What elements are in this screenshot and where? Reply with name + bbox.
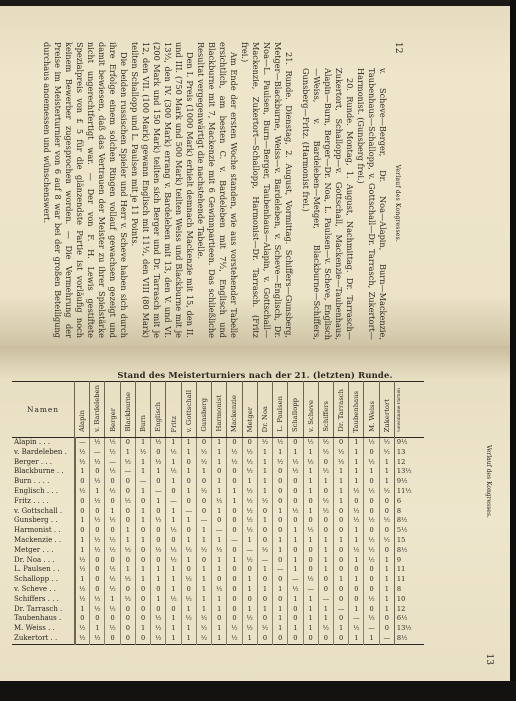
result-cell: 0: [75, 507, 90, 517]
result-cell: 1: [135, 467, 150, 477]
result-cell: 1: [212, 487, 227, 497]
table-row: Schiffers . . .½½1½01½½11000011—00½110: [12, 595, 424, 605]
result-cell: ½: [227, 634, 242, 644]
result-cell: —: [135, 477, 150, 487]
result-cell: —: [196, 516, 211, 526]
result-cell: 1: [257, 565, 272, 575]
result-cell: ½: [242, 556, 257, 566]
result-cell: 0: [90, 507, 105, 517]
result-cell: 0: [333, 516, 348, 526]
result-cell: 1: [273, 624, 288, 634]
result-cell: 0: [75, 497, 90, 507]
result-cell: ½: [166, 448, 181, 458]
result-cell: 0: [333, 614, 348, 624]
result-cell: 0: [257, 536, 272, 546]
result-cell: 1: [379, 585, 394, 595]
result-cell: 0: [181, 585, 196, 595]
column-header-label: Dr. Noa: [261, 403, 269, 435]
total-score: 11: [394, 575, 424, 585]
result-cell: 0: [379, 624, 394, 634]
result-cell: 0: [120, 585, 135, 595]
result-cell: 0: [273, 526, 288, 536]
table-row: Taubenhaus .00000½1½½00½010110—½06½: [12, 614, 424, 624]
result-cell: 1: [135, 487, 150, 497]
result-cell: ½: [90, 546, 105, 556]
result-cell: ½: [318, 624, 333, 634]
result-cell: 1: [349, 438, 364, 448]
result-cell: 0: [105, 634, 120, 644]
result-cell: 0: [257, 507, 272, 517]
result-cell: 1: [196, 575, 211, 585]
result-cell: 1: [273, 605, 288, 615]
result-cell: 1: [166, 477, 181, 487]
result-cell: 0: [227, 565, 242, 575]
result-cell: ½: [105, 536, 120, 546]
result-cell: ½: [90, 605, 105, 615]
result-cell: 0: [257, 614, 272, 624]
result-cell: 0: [135, 605, 150, 615]
result-cell: 0: [90, 467, 105, 477]
result-cell: 0: [257, 595, 272, 605]
result-cell: 0: [333, 526, 348, 536]
player-name: Metger . . .: [12, 546, 75, 556]
result-cell: 0: [333, 438, 348, 448]
result-cell: 1: [303, 467, 318, 477]
result-cell: 1: [364, 467, 379, 477]
result-cell: ½: [166, 595, 181, 605]
result-cell: —: [364, 624, 379, 634]
result-cell: 1: [303, 448, 318, 458]
result-cell: ½: [212, 546, 227, 556]
result-cell: 1: [212, 536, 227, 546]
result-cell: 0: [196, 497, 211, 507]
table-row: Metger . . .1½½½0½½½½½0—½10010½½08½: [12, 546, 424, 556]
result-cell: 0: [120, 634, 135, 644]
result-cell: 0: [120, 624, 135, 634]
table-row: Englisch . . .½1½01—01½11½100101½½½11½: [12, 487, 424, 497]
result-cell: 0: [318, 585, 333, 595]
result-cell: 0: [318, 487, 333, 497]
result-cell: 0: [364, 585, 379, 595]
result-cell: ½: [349, 507, 364, 517]
column-header: Alapin: [75, 382, 90, 438]
column-header-label: Gunsberg: [200, 395, 208, 435]
result-cell: 0: [212, 516, 227, 526]
result-cell: 1: [227, 497, 242, 507]
column-header: L. Paulsen: [273, 382, 288, 438]
column-header: v. Gottschall: [181, 382, 196, 438]
page-12-header: 12 Verlauf des Kongresses.: [388, 42, 408, 342]
total-score: 11: [394, 565, 424, 575]
table-row: v. Bardeleben .½—½1½0½1½1½½1111½½10½13: [12, 448, 424, 458]
result-cell: 0: [273, 595, 288, 605]
column-header: Schallopp: [288, 382, 303, 438]
result-cell: —: [105, 458, 120, 468]
player-name: Burn . . . .: [12, 477, 75, 487]
result-cell: 0: [333, 507, 348, 517]
result-cell: 0: [257, 526, 272, 536]
result-cell: ½: [166, 467, 181, 477]
column-header: Fritz: [166, 382, 181, 438]
result-cell: 1: [333, 575, 348, 585]
result-cell: 0: [288, 546, 303, 556]
result-cell: ½: [196, 448, 211, 458]
result-cell: 1: [349, 536, 364, 546]
result-cell: 1: [75, 575, 90, 585]
result-cell: 0: [227, 614, 242, 624]
result-cell: 1: [288, 448, 303, 458]
result-cell: 1: [75, 536, 90, 546]
column-header-label: v. Gottschall: [185, 387, 193, 435]
column-header: Gunsberg: [196, 382, 211, 438]
result-cell: 1: [257, 458, 272, 468]
result-cell: 1: [333, 487, 348, 497]
result-cell: ½: [75, 634, 90, 644]
column-header-label: Blackburne: [124, 389, 132, 435]
column-header: Blackburne: [120, 382, 135, 438]
total-score: 9½: [394, 438, 424, 448]
result-cell: ½: [303, 526, 318, 536]
result-cell: 1: [303, 536, 318, 546]
result-cell: ½: [105, 624, 120, 634]
result-cell: 1: [257, 487, 272, 497]
result-cell: 0: [120, 507, 135, 517]
column-header-total: Gewonnene Partien: [394, 382, 424, 438]
result-cell: 1: [333, 624, 348, 634]
result-cell: 1: [379, 477, 394, 487]
scan-border: [0, 681, 516, 701]
result-cell: 0: [227, 526, 242, 536]
result-cell: 1: [75, 467, 90, 477]
result-cell: ½: [90, 438, 105, 448]
result-cell: ½: [105, 448, 120, 458]
standings-table: Namen Alapinv. BardelebenBergerBlackburn…: [12, 381, 424, 645]
column-header-label: Mackenzie: [230, 392, 238, 435]
result-cell: 1: [303, 624, 318, 634]
result-cell: 1: [318, 614, 333, 624]
result-cell: 0: [212, 614, 227, 624]
table-row: Fritz . . . .0½0½01—00½1½½000½10006: [12, 497, 424, 507]
result-cell: 0: [318, 634, 333, 644]
result-cell: 1: [242, 585, 257, 595]
result-cell: ½: [105, 585, 120, 595]
result-cell: —: [303, 585, 318, 595]
result-cell: 0: [135, 585, 150, 595]
result-cell: 1: [212, 458, 227, 468]
result-cell: ½: [257, 624, 272, 634]
running-head: Verlauf des Kongresses.: [486, 445, 493, 518]
result-cell: ½: [242, 497, 257, 507]
column-header: M. Weiss: [364, 382, 379, 438]
result-cell: 0: [120, 516, 135, 526]
result-cell: 1: [303, 614, 318, 624]
player-name: Dr. Tarrasch .: [12, 605, 75, 615]
result-cell: ½: [120, 575, 135, 585]
result-cell: 0: [227, 595, 242, 605]
result-cell: ½: [75, 487, 90, 497]
result-cell: 0: [227, 516, 242, 526]
result-cell: ½: [151, 516, 166, 526]
table-header-row: Namen Alapinv. BardelebenBergerBlackburn…: [12, 382, 424, 438]
result-cell: 1: [257, 448, 272, 458]
result-cell: ½: [196, 614, 211, 624]
result-cell: —: [349, 614, 364, 624]
table-row: Dr. Noa . . .½00000½1011½—010101½19: [12, 556, 424, 566]
column-header: Dr. Tarrasch: [333, 382, 348, 438]
result-cell: 0: [364, 448, 379, 458]
result-cell: 1: [181, 487, 196, 497]
result-cell: 1: [333, 477, 348, 487]
column-header-label: Metger: [246, 404, 254, 435]
result-cell: ½: [273, 458, 288, 468]
result-cell: ½: [379, 536, 394, 546]
result-cell: 1: [166, 516, 181, 526]
total-score: 6½: [394, 614, 424, 624]
result-cell: 1: [349, 526, 364, 536]
table-row: L. Paulsen . .½0½1111011001—101000111: [12, 565, 424, 575]
player-name: Blackburne . .: [12, 467, 75, 477]
result-cell: ½: [90, 634, 105, 644]
result-cell: 0: [135, 546, 150, 556]
total-score: 8½: [394, 634, 424, 644]
result-cell: 1: [196, 605, 211, 615]
result-cell: ½: [105, 467, 120, 477]
result-cell: 1: [349, 458, 364, 468]
result-cell: 0: [135, 497, 150, 507]
result-cell: 1: [120, 565, 135, 575]
result-cell: ½: [364, 516, 379, 526]
result-cell: 0: [333, 565, 348, 575]
column-header: Metger: [242, 382, 257, 438]
result-cell: 1: [120, 536, 135, 546]
total-score: 8: [394, 507, 424, 517]
player-name: v. Bardeleben .: [12, 448, 75, 458]
result-cell: ½: [227, 624, 242, 634]
result-cell: 0: [364, 605, 379, 615]
result-cell: ½: [318, 497, 333, 507]
result-cell: 0: [196, 477, 211, 487]
result-cell: 0: [257, 575, 272, 585]
result-cell: 0: [227, 585, 242, 595]
book-spread: 12 Verlauf des Kongresses. v. Scheve—Ber…: [0, 0, 516, 701]
result-cell: 1: [273, 448, 288, 458]
result-cell: 1: [212, 605, 227, 615]
result-cell: 0: [105, 526, 120, 536]
result-cell: 1: [288, 595, 303, 605]
result-cell: ½: [364, 614, 379, 624]
result-cell: 0: [288, 614, 303, 624]
table-row: Schallopp . .10½½111½100100—½0110111: [12, 575, 424, 585]
result-cell: 1: [135, 438, 150, 448]
result-cell: ½: [135, 448, 150, 458]
result-cell: 0: [303, 565, 318, 575]
result-cell: —: [166, 497, 181, 507]
result-cell: ½: [166, 546, 181, 556]
result-cell: 1: [75, 516, 90, 526]
result-cell: 0: [318, 458, 333, 468]
result-cell: 0: [151, 556, 166, 566]
result-cell: 0: [273, 467, 288, 477]
player-name: v. Gottschall .: [12, 507, 75, 517]
result-cell: ½: [151, 458, 166, 468]
result-cell: 0: [181, 477, 196, 487]
page-number: 12: [393, 42, 403, 53]
player-name: M. Weiss . .: [12, 624, 75, 634]
result-cell: 1: [120, 448, 135, 458]
result-cell: 0: [90, 575, 105, 585]
result-cell: 0: [364, 565, 379, 575]
result-cell: 1: [75, 546, 90, 556]
total-score: 10: [394, 595, 424, 605]
result-cell: ½: [257, 438, 272, 448]
result-cell: 1: [75, 605, 90, 615]
result-cell: 0: [273, 575, 288, 585]
result-cell: 1: [166, 634, 181, 644]
result-cell: 0: [288, 634, 303, 644]
page-12-body-part1: v. Scheve—Berger, Dr. Noa—Alapin, Burn—M…: [294, 68, 388, 340]
result-cell: 1: [349, 448, 364, 458]
result-cell: 1: [273, 585, 288, 595]
result-cell: ½: [196, 634, 211, 644]
result-cell: 1: [90, 487, 105, 497]
table-row: Berger . . .½½—½1½10½1½½1½½½0½1½112: [12, 458, 424, 468]
result-cell: 1: [288, 536, 303, 546]
result-cell: 0: [212, 575, 227, 585]
result-cell: ½: [151, 624, 166, 634]
player-name: Berger . . .: [12, 458, 75, 468]
result-cell: 1: [196, 585, 211, 595]
table-row: Zukertort . .½½000½11½1½100000011—8½: [12, 634, 424, 644]
result-cell: —: [181, 507, 196, 517]
result-cell: ½: [379, 516, 394, 526]
result-cell: 0: [120, 614, 135, 624]
result-cell: 1: [379, 565, 394, 575]
result-cell: 1: [273, 536, 288, 546]
result-cell: 1: [379, 458, 394, 468]
result-cell: ½: [242, 467, 257, 477]
column-header: Taubenhaus: [349, 382, 364, 438]
result-cell: 1: [212, 634, 227, 644]
result-cell: 1: [349, 605, 364, 615]
result-cell: ½: [303, 575, 318, 585]
result-cell: 0: [105, 556, 120, 566]
result-cell: 0: [227, 507, 242, 517]
column-header: Harmonist: [212, 382, 227, 438]
result-cell: 1: [212, 477, 227, 487]
result-cell: 0: [364, 526, 379, 536]
result-cell: 1: [288, 556, 303, 566]
result-cell: 1: [303, 605, 318, 615]
result-cell: 0: [303, 546, 318, 556]
result-cell: 1: [257, 585, 272, 595]
result-cell: 0: [181, 565, 196, 575]
result-cell: 1: [181, 624, 196, 634]
result-cell: 1: [318, 605, 333, 615]
result-cell: 1: [379, 595, 394, 605]
result-cell: 1: [166, 614, 181, 624]
result-cell: ½: [349, 487, 364, 497]
result-cell: —: [151, 487, 166, 497]
result-cell: ½: [364, 556, 379, 566]
running-head: Verlauf des Kongresses.: [395, 165, 402, 242]
column-header: v. Scheve: [303, 382, 318, 438]
result-cell: —: [333, 605, 348, 615]
result-cell: ½: [227, 448, 242, 458]
result-cell: 1: [181, 438, 196, 448]
result-cell: ½: [303, 458, 318, 468]
table-row: Harmonist . .000100½01—0½001½001005½: [12, 526, 424, 536]
result-cell: 0: [151, 507, 166, 517]
result-cell: ½: [151, 546, 166, 556]
total-score: 8½: [394, 516, 424, 526]
column-header: v. Bardeleben: [90, 382, 105, 438]
total-score: 12: [394, 605, 424, 615]
result-cell: 1: [242, 575, 257, 585]
result-cell: 0: [364, 477, 379, 487]
result-cell: ½: [349, 516, 364, 526]
result-cell: 0: [288, 497, 303, 507]
result-cell: ½: [181, 595, 196, 605]
player-name: Dr. Noa . . .: [12, 556, 75, 566]
result-cell: 0: [379, 546, 394, 556]
result-cell: 0: [303, 556, 318, 566]
result-cell: 1: [257, 605, 272, 615]
result-cell: 1: [181, 634, 196, 644]
result-cell: 0: [181, 458, 196, 468]
result-cell: 1: [318, 565, 333, 575]
result-cell: ½: [242, 487, 257, 497]
result-cell: 1: [257, 477, 272, 487]
result-cell: ½: [333, 458, 348, 468]
result-cell: 1: [242, 605, 257, 615]
result-cell: —: [242, 546, 257, 556]
result-cell: 1: [318, 556, 333, 566]
result-cell: ½: [75, 585, 90, 595]
result-cell: 0: [242, 565, 257, 575]
result-cell: 1: [135, 575, 150, 585]
result-cell: 0: [75, 614, 90, 624]
result-cell: 1: [181, 536, 196, 546]
result-cell: 0: [364, 575, 379, 585]
result-cell: 1: [151, 497, 166, 507]
result-cell: 0: [105, 614, 120, 624]
result-cell: 0: [90, 565, 105, 575]
result-cell: 1: [288, 624, 303, 634]
table-row: Alapin . . .—½½01½110100½½0½½01½½9½: [12, 438, 424, 448]
result-cell: ½: [90, 477, 105, 487]
result-cell: 1: [318, 536, 333, 546]
result-cell: 1: [166, 438, 181, 448]
result-cell: 0: [105, 497, 120, 507]
result-cell: 0: [181, 497, 196, 507]
result-cell: ½: [105, 546, 120, 556]
result-cell: 0: [120, 556, 135, 566]
page-12-body-part2: 21. Runde. Dienstag, 2. August, Vormitta…: [44, 42, 294, 338]
result-cell: 0: [151, 477, 166, 487]
result-cell: 0: [288, 487, 303, 497]
result-cell: 1: [303, 595, 318, 605]
result-cell: 1: [166, 624, 181, 634]
result-cell: ½: [181, 546, 196, 556]
result-cell: 0: [166, 605, 181, 615]
result-cell: ½: [75, 624, 90, 634]
result-cell: ½: [303, 438, 318, 448]
result-cell: ½: [364, 458, 379, 468]
column-header-label: M. Weiss: [368, 398, 376, 435]
result-cell: ½: [242, 458, 257, 468]
result-cell: 0: [333, 595, 348, 605]
column-header-label: Alapin: [78, 407, 86, 435]
